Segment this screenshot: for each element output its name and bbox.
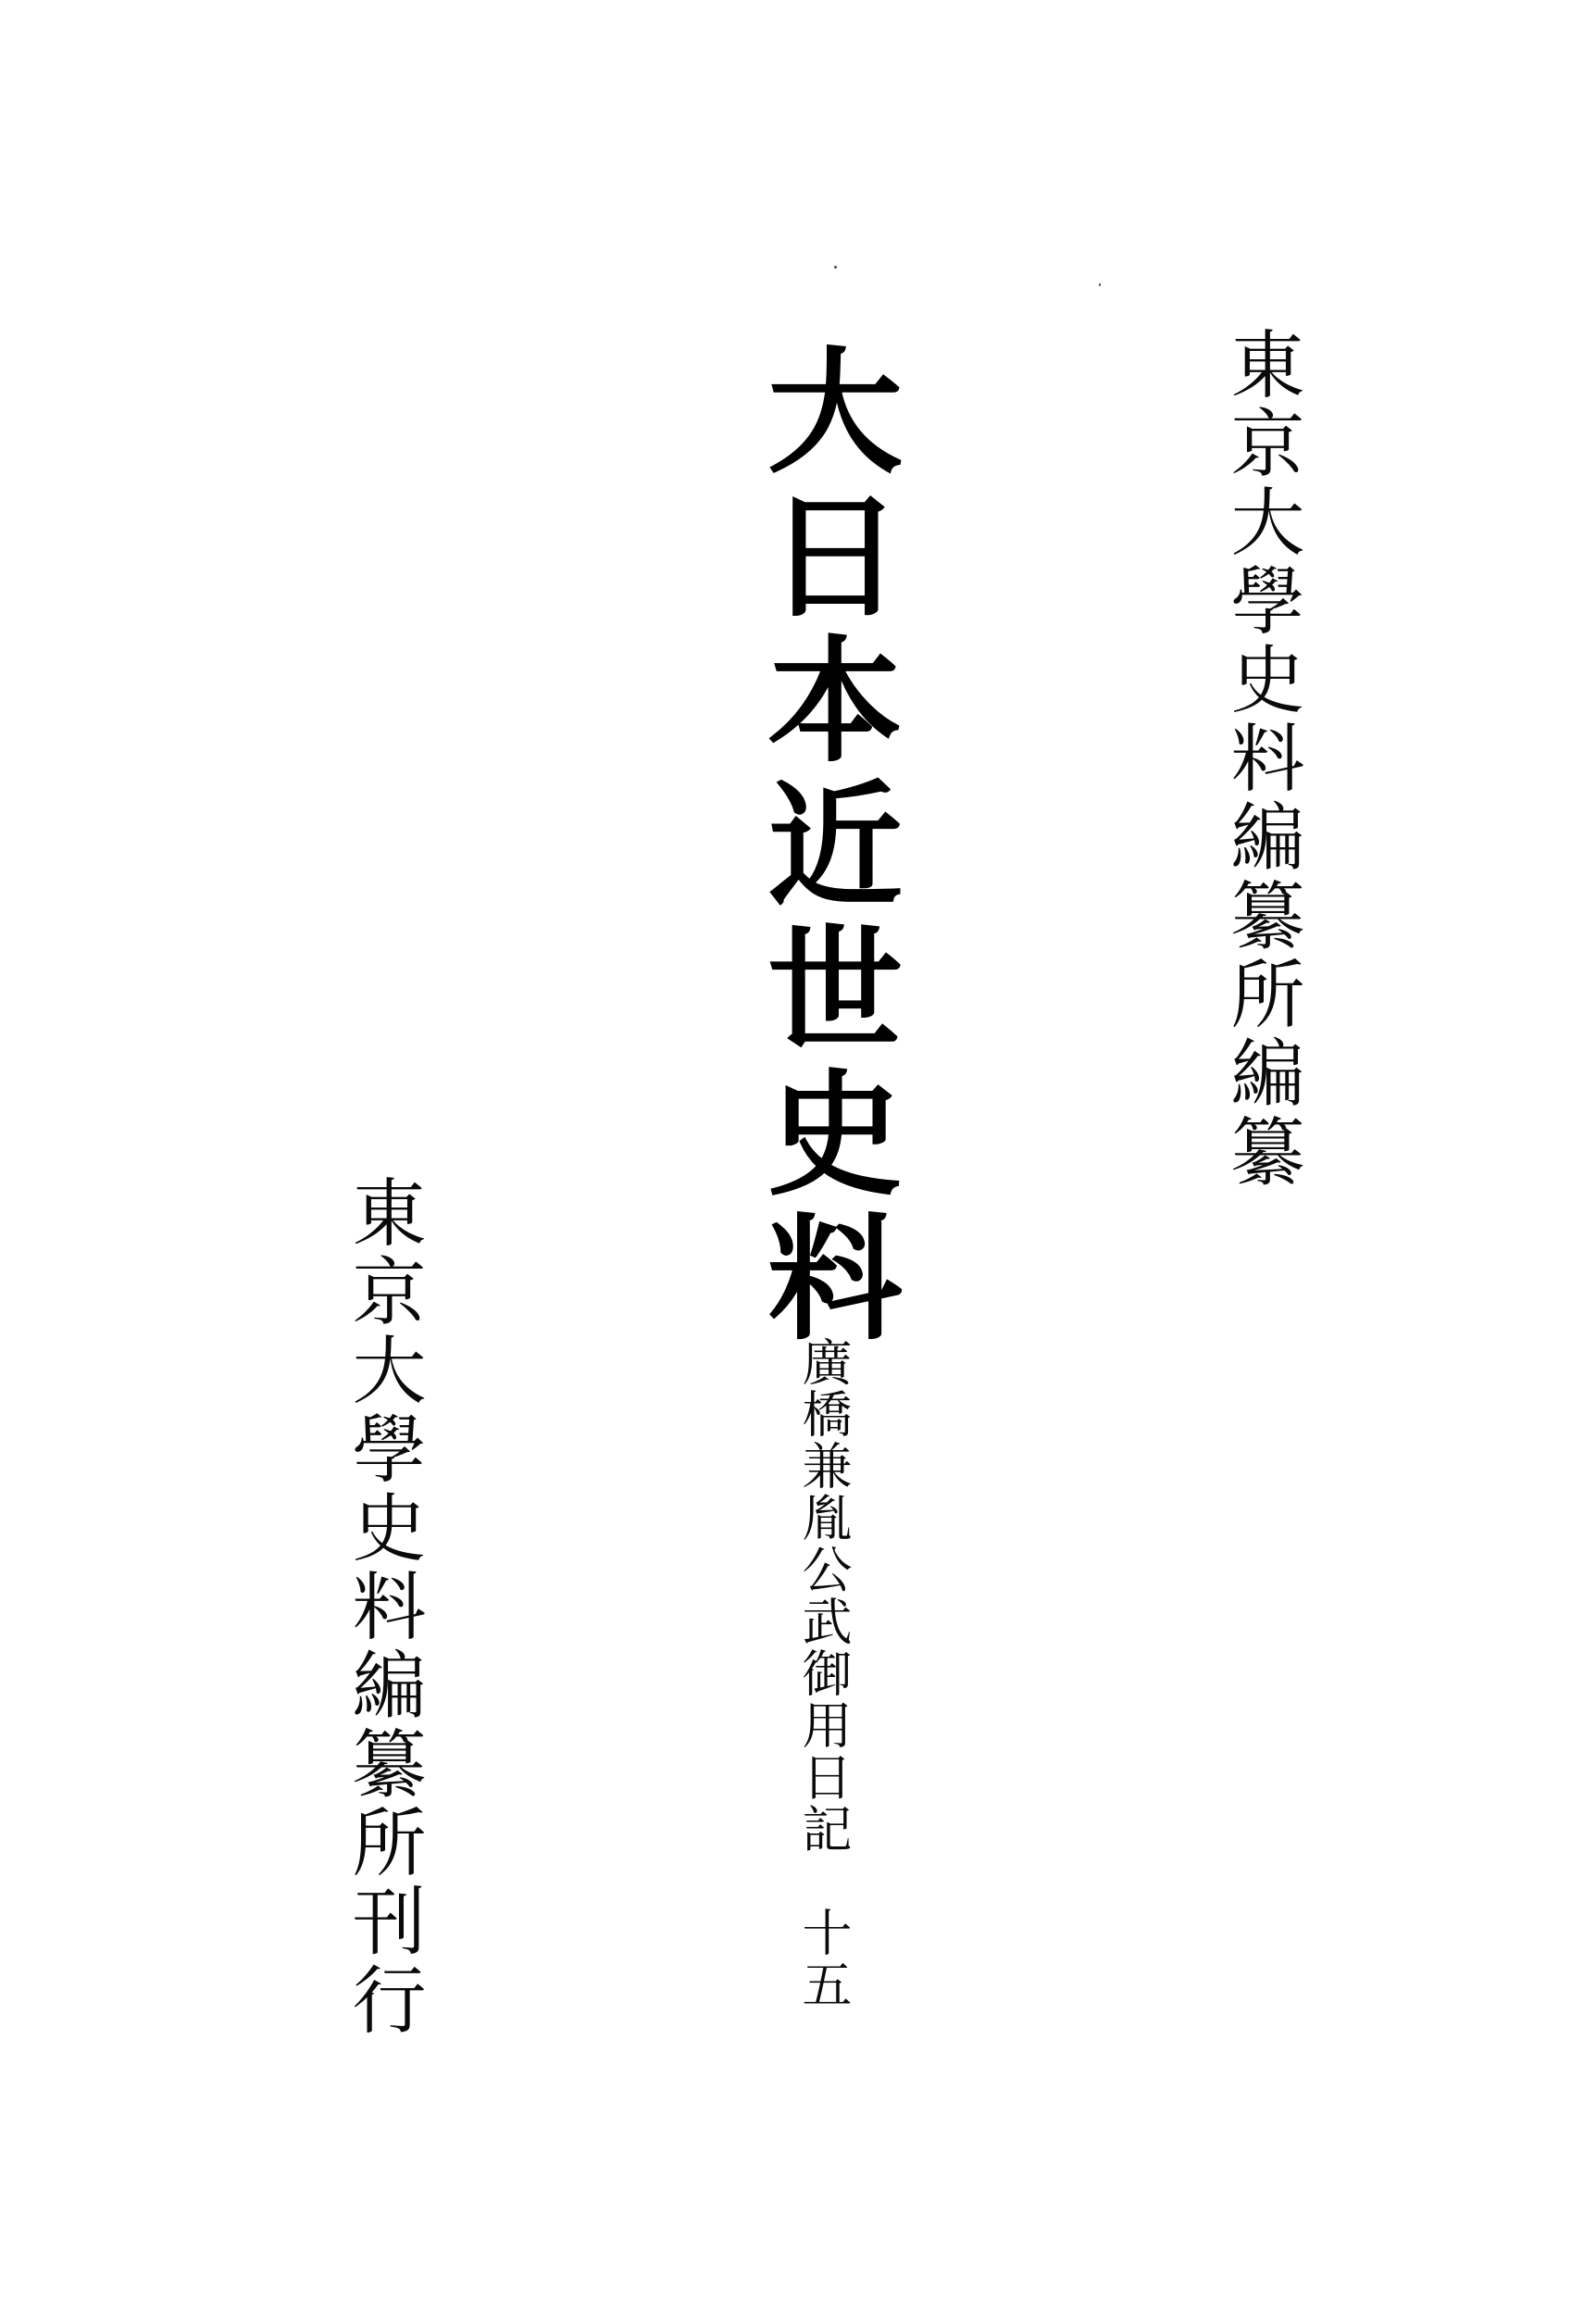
print-speck bbox=[834, 266, 837, 269]
editor-credit: 東京大學史料編纂所編纂 bbox=[1218, 326, 1298, 1192]
publisher-credit: 東京大學史料編纂所刊行 bbox=[340, 1174, 419, 2040]
print-speck bbox=[1099, 283, 1101, 286]
volume-subtitle: 廣橋兼胤公武御用日記 十五 bbox=[794, 1336, 848, 2010]
series-title: 大日本近世史料 bbox=[744, 341, 891, 1352]
title-page: 東京大學史料編纂所編纂 大日本近世史料 廣橋兼胤公武御用日記 十五 東京大學史料… bbox=[0, 0, 1596, 2315]
